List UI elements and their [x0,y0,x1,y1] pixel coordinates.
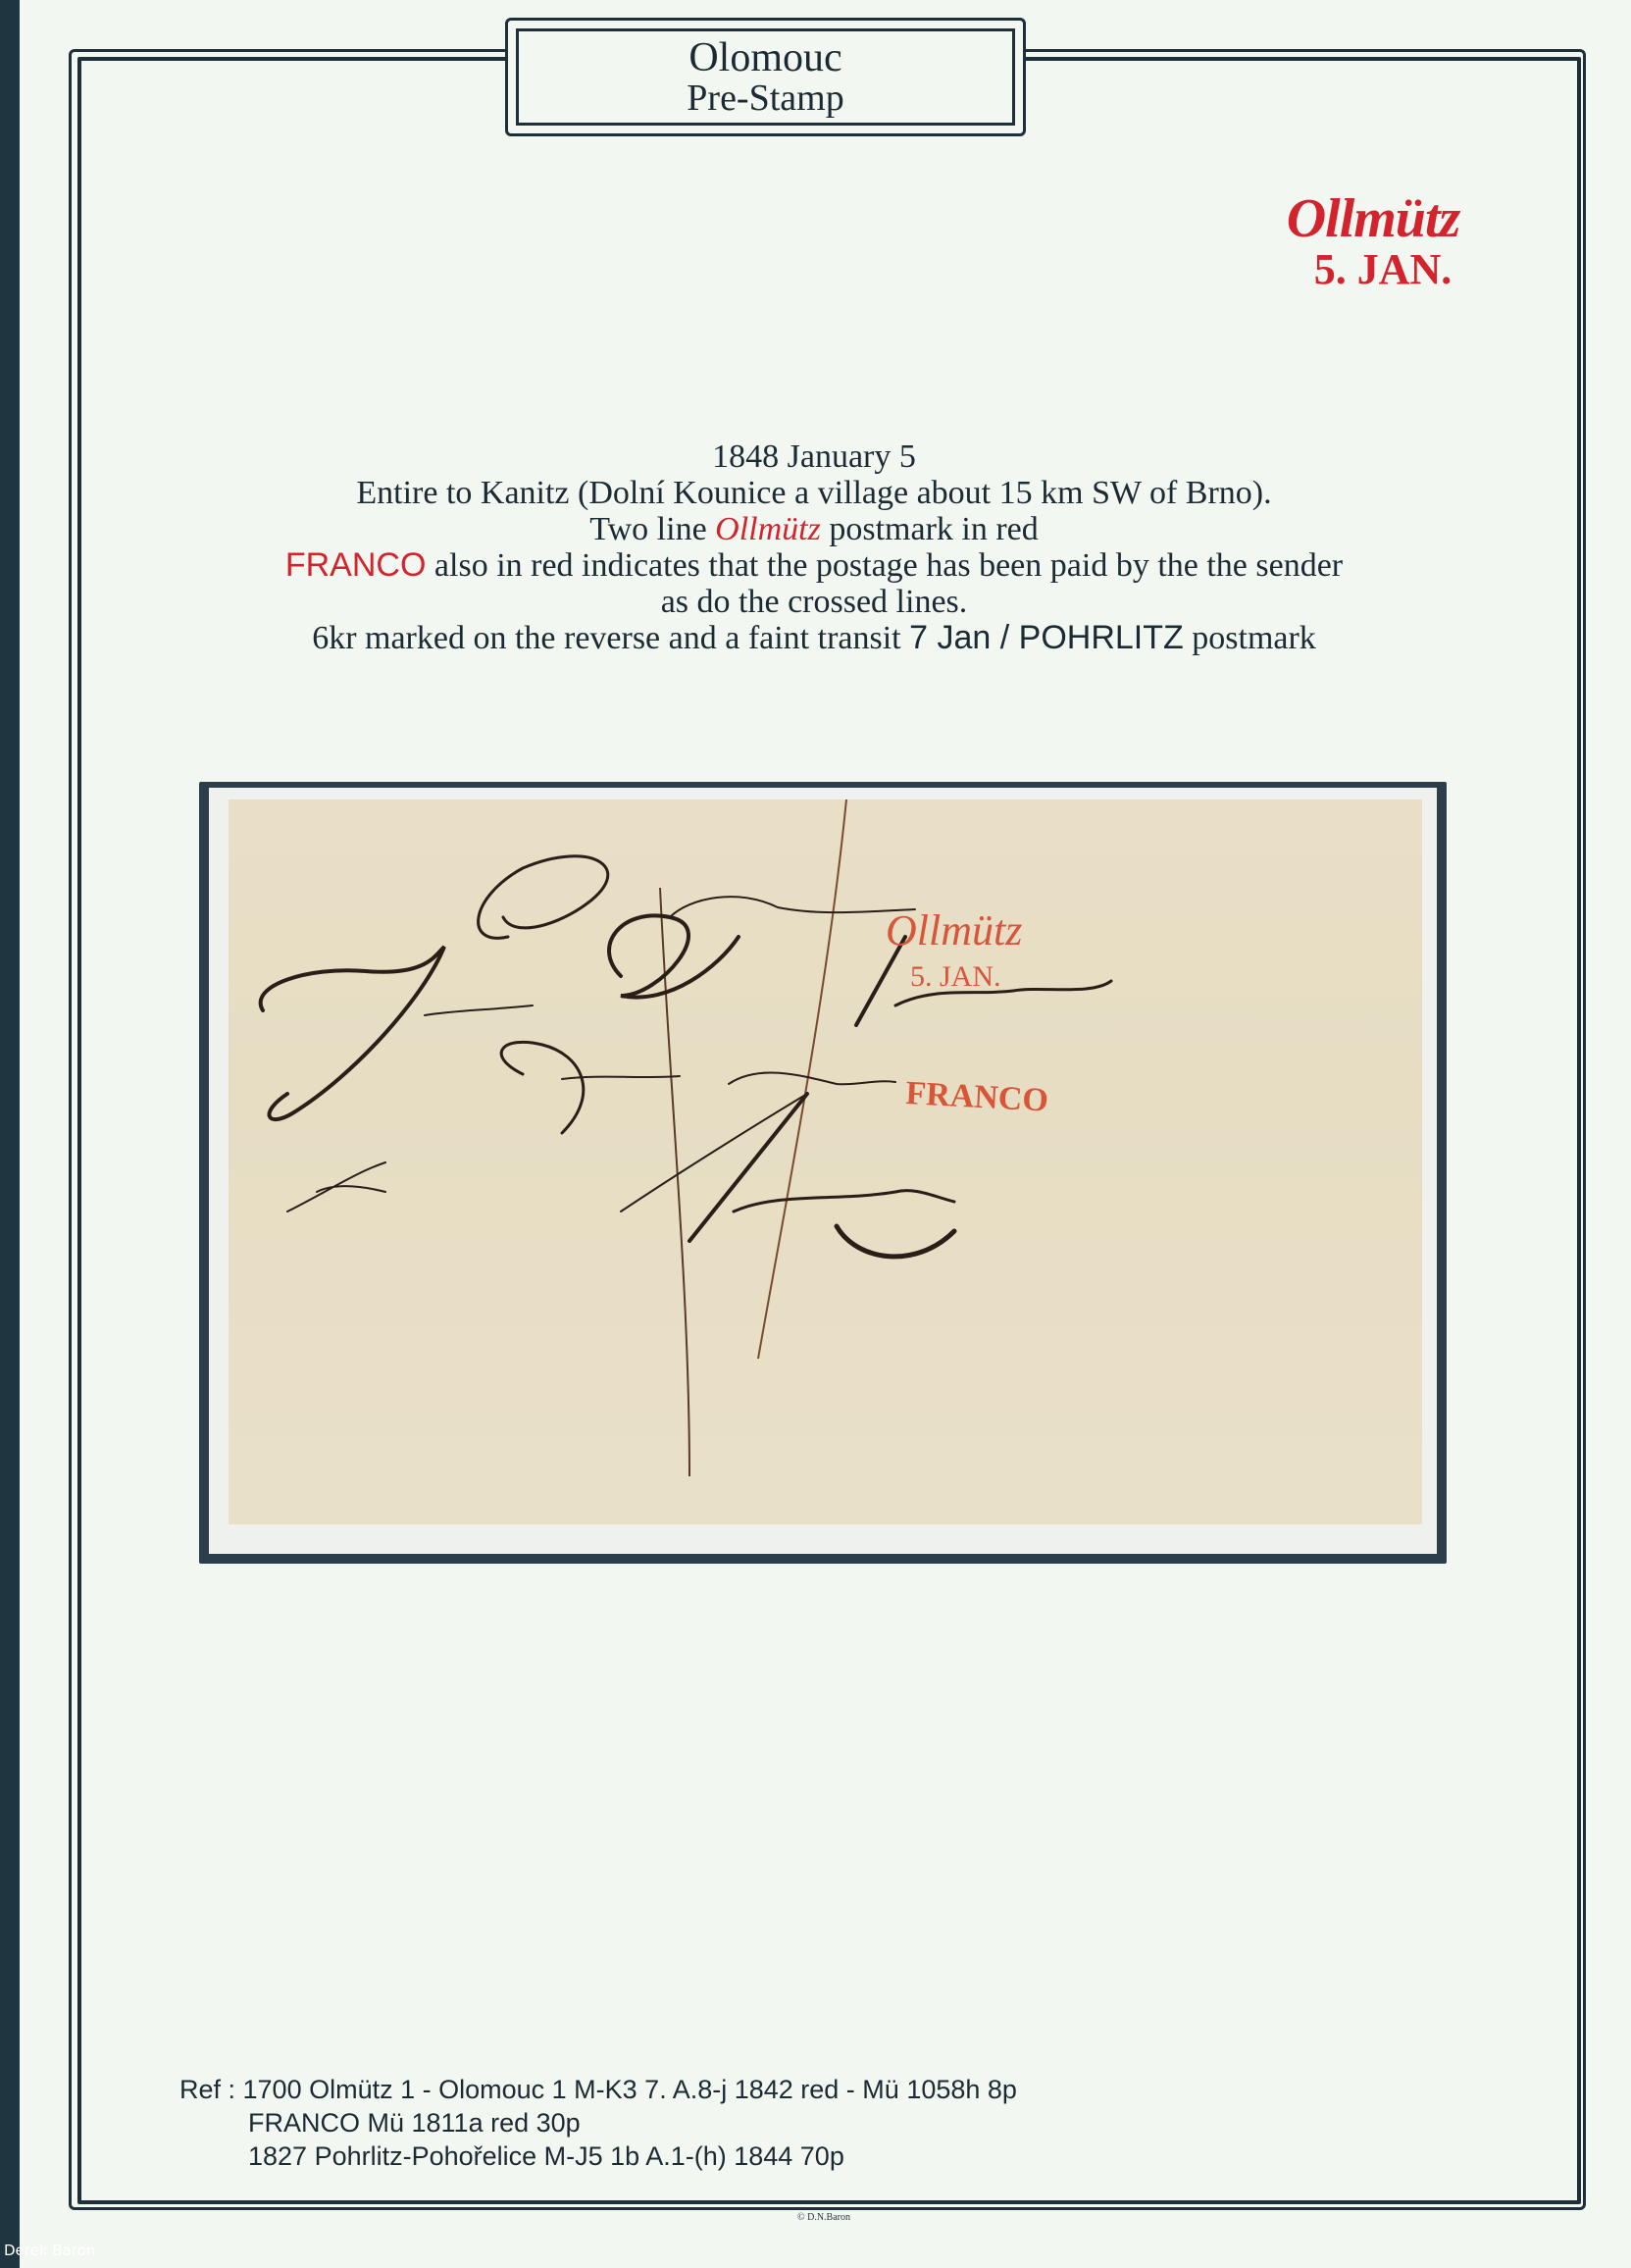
cover-mount: Ollmütz 5. JAN. FRANCO [199,782,1447,1564]
scan-edge-strip [0,0,20,2268]
description-line-6: 6kr marked on the reverse and a faint tr… [196,620,1432,656]
description-line-5: as do the crossed lines. [196,584,1432,620]
ollmutz-highlight: Ollmütz [715,511,821,547]
postmark-illustration-town: Ollmütz [1226,191,1520,246]
cover-handwriting-svg: Ollmütz 5. JAN. FRANCO [229,799,1422,1524]
references-block: Ref : 1700 Olmütz 1 - Olomouc 1 M-K3 7. … [179,2073,1258,2173]
postmark-illustration-date: 5. JAN. [1246,246,1520,293]
watermark-text: Derek Baron [4,2242,95,2259]
reference-line-1: Ref : 1700 Olmütz 1 - Olomouc 1 M-K3 7. … [179,2073,1258,2106]
page-title: Olomouc [688,37,841,78]
entire-letter-cover: Ollmütz 5. JAN. FRANCO [229,799,1422,1524]
copyright-notice: © D.N.Baron [785,2212,863,2223]
description-line-4: FRANCO also in red indicates that the po… [196,547,1432,584]
franco-highlight: FRANCO [285,546,427,584]
description-line-2: Entire to Kanitz (Dolní Kounice a villag… [196,475,1432,511]
description-line-3: Two line Ollmütz postmark in red [196,511,1432,547]
reference-line-2: FRANCO Mü 1811a red 30p [179,2106,1258,2139]
cover-description: 1848 January 5 Entire to Kanitz (Dolní K… [196,438,1432,656]
title-box: Olomouc Pre-Stamp [505,18,1026,136]
cover-franco-mark: FRANCO [905,1075,1049,1119]
mount-sleeve: Ollmütz 5. JAN. FRANCO [209,788,1437,1554]
postmark-illustration: Ollmütz 5. JAN. [1226,191,1520,293]
description-date: 1848 January 5 [196,438,1432,475]
reference-line-3: 1827 Pohrlitz-Pohořelice M-J5 1b A.1-(h)… [179,2139,1258,2173]
cover-postmark-town: Ollmütz [886,906,1022,954]
page-subtitle: Pre-Stamp [687,78,843,118]
title-box-inner: Olomouc Pre-Stamp [516,28,1015,126]
transit-mark-highlight: 7 Jan / POHRLITZ [909,619,1184,656]
cover-postmark-date: 5. JAN. [910,960,1001,993]
